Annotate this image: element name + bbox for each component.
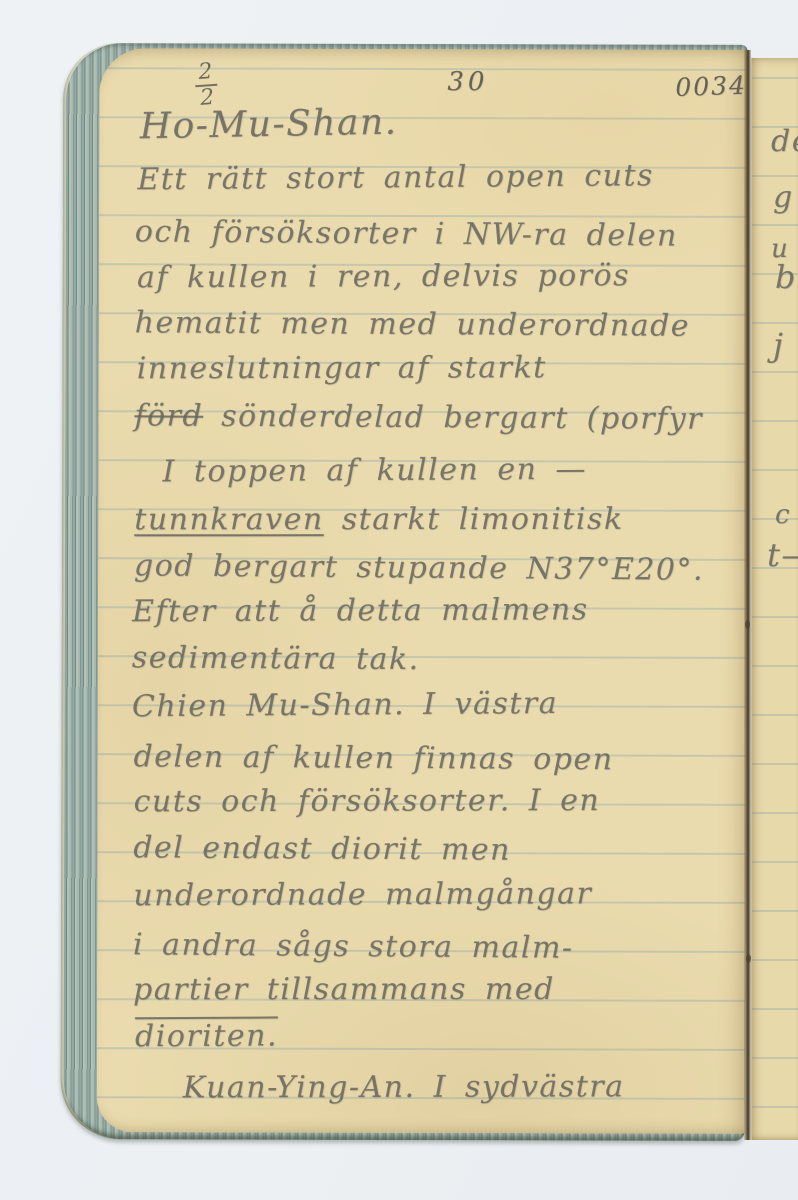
handwriting-segment: hematit men med underordnade (135, 305, 691, 343)
left-page: 2 2 30 0034 Ho-Mu-Shan.Ett rätt stort an… (97, 48, 748, 1134)
handwriting-line: hematit men med underordnade (135, 305, 691, 343)
handwriting-segment: Kuan-Ying-An. I sydvästra (183, 1069, 625, 1105)
page-edge-band: 2 2 30 0034 Ho-Mu-Shan.Ett rätt stort an… (61, 43, 748, 1141)
handwriting-line: Kuan-Ying-An. I sydvästra (183, 1069, 625, 1105)
handwriting-segment: tunnkraven (134, 502, 323, 537)
left-page-lines: Ho-Mu-Shan.Ett rätt stort antal open cut… (97, 48, 748, 1134)
handwriting-segment: I toppen af kullen en — (162, 452, 587, 490)
handwriting-line: god bergart stupande N37°E20°. (134, 548, 704, 587)
handwriting-segment: dioriten. (135, 1018, 278, 1054)
binding-hole (745, 620, 750, 629)
handwriting-fragment: j (773, 326, 784, 364)
handwriting-line: af kullen i ren, delvis porös (137, 258, 630, 295)
handwriting-segment: partier tillsammans med (133, 972, 555, 1007)
handwriting-fragment: de (771, 124, 798, 159)
handwriting-segment: Ett rätt stort antal open cuts (137, 158, 654, 197)
handwriting-line: del endast diorit men (133, 830, 511, 867)
handwriting-fragment: t— (767, 536, 798, 574)
handwriting-segment: i andra sågs stora malm- (133, 927, 574, 965)
handwriting-line: cuts och försöksorter. I en (133, 783, 600, 819)
handwriting-segment: delen af kullen finnas open (133, 739, 613, 777)
handwriting-segment: starkt limonitisk (324, 502, 624, 537)
handwriting-segment: god bergart stupande N37°E20°. (134, 548, 704, 587)
handwriting-segment: af kullen i ren, delvis porös (137, 258, 630, 295)
handwriting-line: dioriten. (135, 1018, 278, 1054)
handwriting-line: i andra sågs stora malm- (133, 927, 574, 965)
handwriting-segment: sönderdelad bergart (porfyr (203, 399, 703, 437)
handwriting-line: I toppen af kullen en — (162, 452, 587, 490)
handwriting-line: Ho-Mu-Shan. (139, 102, 398, 148)
handwriting-fragment: b (775, 258, 797, 296)
handwriting-line: sedimentära tak. (132, 640, 420, 677)
handwriting-segment: förd (134, 398, 203, 433)
right-page: degubjct— (751, 58, 798, 1140)
handwriting-line: underordnade malmgångar (133, 876, 592, 913)
notebook-scan: 2 2 30 0034 Ho-Mu-Shan.Ett rätt stort an… (0, 0, 798, 1200)
handwriting-fragment: g (773, 180, 794, 215)
handwriting-line: delen af kullen finnas open (133, 739, 613, 777)
handwriting-segment: inneslutningar af starkt (137, 350, 547, 386)
handwriting-segment: och försöksorter i NW-ra delen (135, 214, 678, 253)
gutter-seam (744, 50, 751, 1140)
handwriting-segment: del endast diorit men (133, 830, 511, 867)
handwriting-segment: cuts och försöksorter. I en (133, 783, 600, 819)
handwriting-line: tunnkraven starkt limonitisk (134, 502, 623, 537)
handwriting-segment: sedimentära tak. (132, 640, 420, 677)
handwriting-segment: Efter att å detta malmens (132, 592, 589, 629)
handwriting-line: förd sönderdelad bergart (porfyr (134, 398, 703, 436)
handwriting-line: Chien Mu-Shan. I västra (132, 686, 558, 724)
handwriting-line: inneslutningar af starkt (137, 350, 547, 386)
handwriting-segment: Chien Mu-Shan. I västra (132, 686, 558, 724)
handwriting-line: och försöksorter i NW-ra delen (135, 214, 678, 253)
handwriting-segment: underordnade malmgångar (133, 876, 592, 913)
handwriting-line: Ett rätt stort antal open cuts (137, 158, 654, 197)
handwriting-line: Efter att å detta malmens (132, 592, 589, 629)
right-page-fragments: degubjct— (751, 58, 798, 1140)
handwriting-segment: Ho-Mu-Shan. (139, 102, 398, 148)
handwriting-fragment: c (775, 500, 791, 530)
handwriting-line: partier tillsammans med (133, 972, 555, 1007)
